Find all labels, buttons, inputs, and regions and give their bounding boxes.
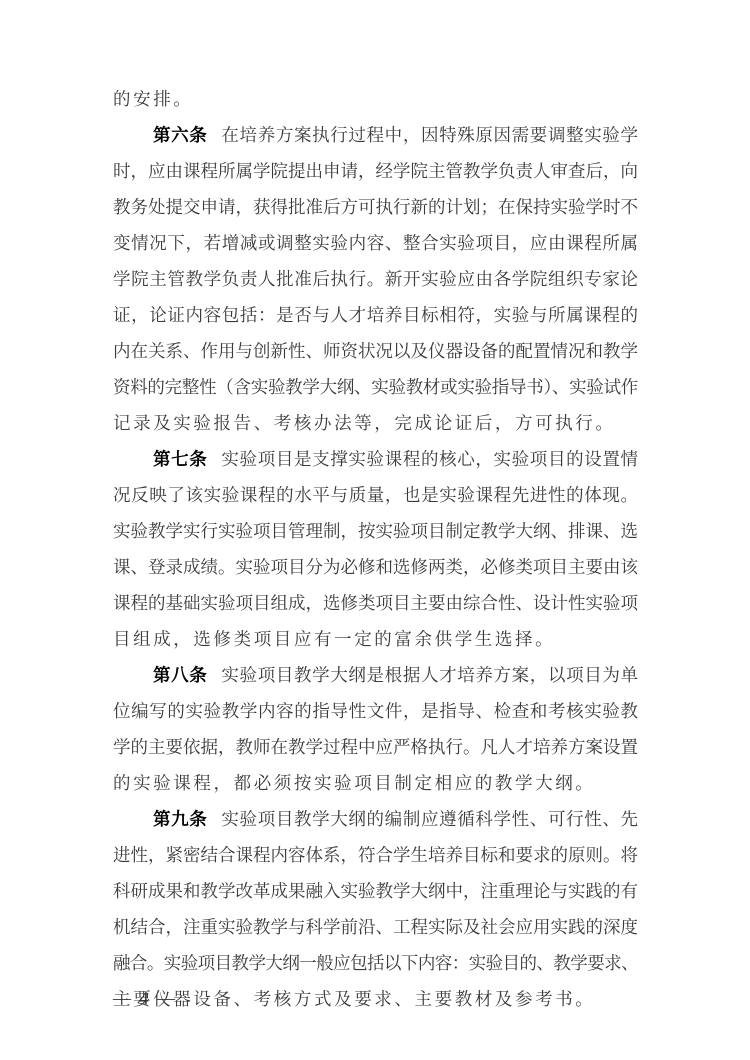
line-text: 学院主管教学负责人批准后执行。新开实验应由各学院组织专家论 [113,270,638,290]
document-body: 的安排。第六条在培养方案执行过程中，因特殊原因需要调整实验学时，应由课程所属学院… [113,82,638,1018]
line-text: 位编写的实验教学内容的指导性文件，是指导、检查和考核实验教 [113,702,638,722]
article-first-line: 第九条实验项目教学大纲的编制应遵循科学性、可行性、先 [113,802,638,838]
text-line: 变情况下，若增减或调整实验内容、整合实验项目，应由课程所属 [113,226,638,262]
text-line: 目组成，选修类项目应有一定的富余供学生选择。 [113,622,638,658]
text-line: 况反映了该实验课程的水平与质量，也是实验课程先进性的体现。 [113,478,638,514]
text-line: 科研成果和教学改革成果融入实验教学大纲中，注重理论与实践的有 [113,874,638,910]
line-text: 课程的基础实验项目组成，选修类项目主要由综合性、设计性实验项 [113,594,638,614]
text-line: 机结合，注重实验教学与科学前沿、工程实际及社会应用实践的深度 [113,910,638,946]
text-line: 课程的基础实验项目组成，选修类项目主要由综合性、设计性实验项 [113,586,638,622]
text-line: 实验教学实行实验项目管理制，按实验项目制定教学大纲、排课、选 [113,514,638,550]
text-line: 资料的完整性（含实验教学大纲、实验教材或实验指导书）、实验试作 [113,370,638,406]
line-text: 变情况下，若增减或调整实验内容、整合实验项目，应由课程所属 [113,234,638,254]
line-text: 实验项目教学大纲是根据人才培养方案，以项目为单 [221,666,638,686]
line-text: 主要仪器设备、考核方式及要求、主要教材及参考书。 [113,990,595,1010]
text-line: 的实验课程，都必须按实验项目制定相应的教学大纲。 [113,766,638,802]
article-heading: 第九条 [153,810,207,830]
line-text: 课、登录成绩。实验项目分为必修和选修两类，必修类项目主要由该 [113,558,638,578]
line-text: 学的主要依据，教师在教学过程中应严格执行。凡人才培养方案设置 [113,738,638,758]
text-line: 学的主要依据，教师在教学过程中应严格执行。凡人才培养方案设置 [113,730,638,766]
line-text: 实验项目教学大纲的编制应遵循科学性、可行性、先 [221,810,638,830]
text-line: 课、登录成绩。实验项目分为必修和选修两类，必修类项目主要由该 [113,550,638,586]
text-line: 内在关系、作用与创新性、师资状况以及仪器设备的配置情况和教学 [113,334,638,370]
line-text: 机结合，注重实验教学与科学前沿、工程实际及社会应用实践的深度 [113,918,638,938]
line-text: 在培养方案执行过程中，因特殊原因需要调整实验学 [221,126,638,146]
text-line: 时，应由课程所属学院提出申请，经学院主管教学负责人审查后，向 [113,154,638,190]
line-text: 内在关系、作用与创新性、师资状况以及仪器设备的配置情况和教学 [113,342,638,362]
line-text: 记录及实验报告、考核办法等，完成论证后，方可执行。 [113,414,616,434]
page-number: — 4 — [113,988,177,1009]
line-text: 科研成果和教学改革成果融入实验教学大纲中，注重理论与实践的有 [113,882,638,902]
line-text: 资料的完整性（含实验教学大纲、实验教材或实验指导书）、实验试作 [113,378,638,398]
article-first-line: 第八条实验项目教学大纲是根据人才培养方案，以项目为单 [113,658,638,694]
article-first-line: 第六条在培养方案执行过程中，因特殊原因需要调整实验学 [113,118,638,154]
text-line: 的安排。 [113,82,638,118]
article-first-line: 第七条实验项目是支撑实验课程的核心，实验项目的设置情 [113,442,638,478]
text-line: 学院主管教学负责人批准后执行。新开实验应由各学院组织专家论 [113,262,638,298]
text-line: 证，论证内容包括：是否与人才培养目标相符，实验与所属课程的 [113,298,638,334]
text-line: 记录及实验报告、考核办法等，完成论证后，方可执行。 [113,406,638,442]
text-line: 进性，紧密结合课程内容体系，符合学生培养目标和要求的原则。将 [113,838,638,874]
line-text: 况反映了该实验课程的水平与质量，也是实验课程先进性的体现。 [113,486,638,506]
text-line: 位编写的实验教学内容的指导性文件，是指导、检查和考核实验教 [113,694,638,730]
line-text: 时，应由课程所属学院提出申请，经学院主管教学负责人审查后，向 [113,162,638,182]
text-line: 主要仪器设备、考核方式及要求、主要教材及参考书。 [113,982,638,1018]
article-heading: 第八条 [153,666,207,686]
text-line: 教务处提交申请，获得批准后方可执行新的计划；在保持实验学时不 [113,190,638,226]
line-text: 实验项目是支撑实验课程的核心，实验项目的设置情 [221,450,638,470]
line-text: 实验教学实行实验项目管理制，按实验项目制定教学大纲、排课、选 [113,522,638,542]
article-heading: 第六条 [153,126,207,146]
line-text: 融合。实验项目教学大纲一般应包括以下内容：实验目的、教学要求、 [113,954,638,974]
line-text: 的安排。 [113,90,193,110]
line-text: 教务处提交申请，获得批准后方可执行新的计划；在保持实验学时不 [113,198,638,218]
line-text: 目组成，选修类项目应有一定的富余供学生选择。 [113,630,555,650]
line-text: 证，论证内容包括：是否与人才培养目标相符，实验与所属课程的 [113,306,638,326]
article-heading: 第七条 [153,450,207,470]
document-page: 的安排。第六条在培养方案执行过程中，因特殊原因需要调整实验学时，应由课程所属学院… [0,0,750,1060]
line-text: 的实验课程，都必须按实验项目制定相应的教学大纲。 [113,774,595,794]
line-text: 进性，紧密结合课程内容体系，符合学生培养目标和要求的原则。将 [113,846,638,866]
text-line: 融合。实验项目教学大纲一般应包括以下内容：实验目的、教学要求、 [113,946,638,982]
